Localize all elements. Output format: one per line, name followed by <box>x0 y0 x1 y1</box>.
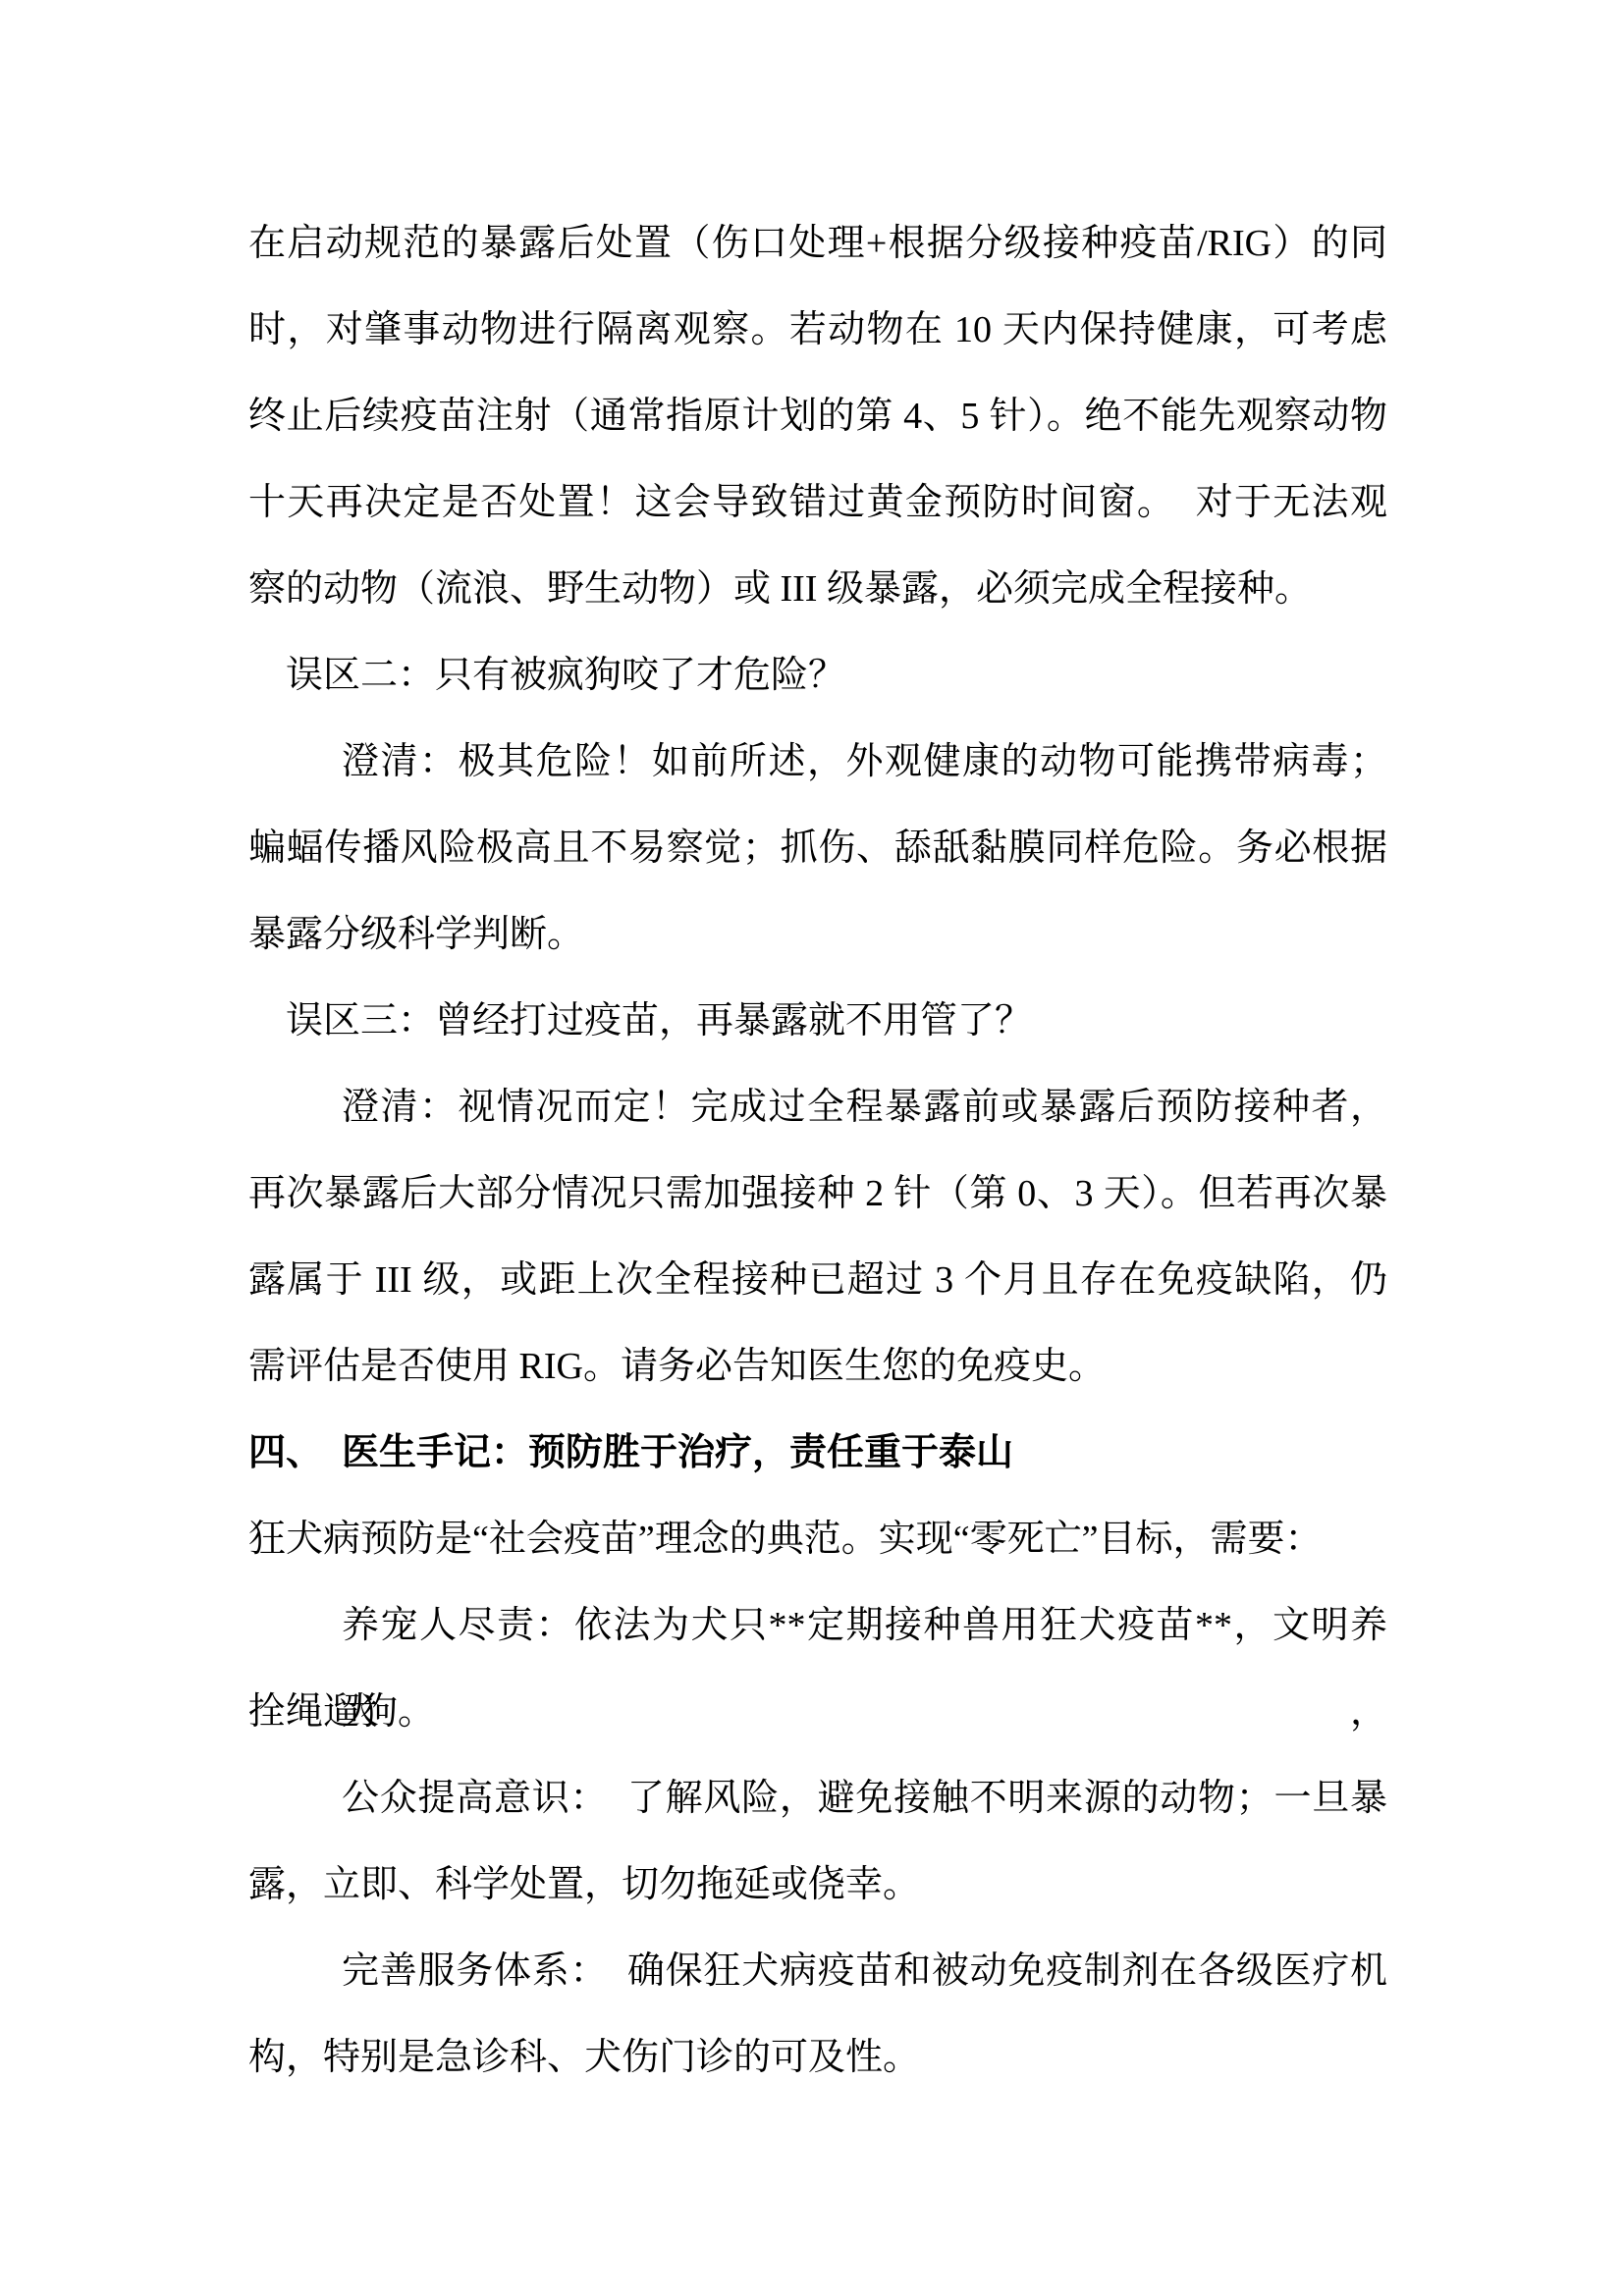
text-line: 露属于 III 级，或距上次全程接种已超过 3 个月且存在免疫缺陷，仍 <box>248 1237 1387 1323</box>
text-line: 误区二：只有被疯狗咬了才危险？ <box>248 632 1387 719</box>
paragraph-social-vaccine: 狂犬病预防是“社会疫苗”理念的典范。实现“零死亡”目标，需要： <box>248 1496 1387 1582</box>
text-line: 蝙蝠传播风险极高且不易察觉；抓伤、舔舐黏膜同样危险。务必根据 <box>248 805 1387 891</box>
text-line: 完善服务体系： 确保狂犬病疫苗和被动免疫制剂在各级医疗机 <box>248 1928 1387 2014</box>
text-line: 澄清：极其危险！如前所述，外观健康的动物可能携带病毒； <box>248 719 1387 805</box>
paragraph-myth3-answer: 澄清：视情况而定！完成过全程暴露前或暴露后预防接种者，再次暴露后大部分情况只需加… <box>248 1064 1387 1410</box>
text-line: 澄清：视情况而定！完成过全程暴露前或暴露后预防接种者， <box>248 1064 1387 1150</box>
text-line: 再次暴露后大部分情况只需加强接种 2 针（第 0、3 天）。但若再次暴 <box>248 1150 1387 1237</box>
text-line: 在启动规范的暴露后处置（伤口处理+根据分级接种疫苗/RIG）的同 <box>248 200 1387 287</box>
text-line: 终止后续疫苗注射（通常指原计划的第 4、5 针）。绝不能先观察动物 <box>248 373 1387 459</box>
paragraph-myth3-question: 误区三：曾经打过疫苗，再暴露就不用管了？ <box>248 978 1387 1064</box>
text-line: 十天再决定是否处置！这会导致错过黄金预防时间窗。 对于无法观 <box>248 459 1387 546</box>
text-line: 时，对肇事动物进行隔离观察。若动物在 10 天内保持健康，可考虑 <box>248 287 1387 373</box>
text-line: 察的动物（流浪、野生动物）或 III 级暴露，必须完成全程接种。 <box>248 546 1387 632</box>
section-heading-doctor-notes: 四、 医生手记：预防胜于治疗，责任重于泰山 <box>248 1410 1387 1496</box>
paragraph-observation-protocol: 在启动规范的暴露后处置（伤口处理+根据分级接种疫苗/RIG）的同时，对肇事动物进… <box>248 200 1387 632</box>
text-line: 需评估是否使用 RIG。请务必告知医生您的免疫史。 <box>248 1323 1387 1410</box>
text-line: 暴露分级科学判断。 <box>248 891 1387 978</box>
text-line: 误区三：曾经打过疫苗，再暴露就不用管了？ <box>248 978 1387 1064</box>
paragraph-service-system: 完善服务体系： 确保狂犬病疫苗和被动免疫制剂在各级医疗机构，特别是急诊科、犬伤门… <box>248 1928 1387 2101</box>
document-body: 在启动规范的暴露后处置（伤口处理+根据分级接种疫苗/RIG）的同时，对肇事动物进… <box>248 200 1387 2101</box>
paragraph-myth2-answer: 澄清：极其危险！如前所述，外观健康的动物可能携带病毒；蝙蝠传播风险极高且不易察觉… <box>248 719 1387 978</box>
text-line: 养宠人尽责：依法为犬只**定期接种兽用狂犬疫苗**，文明养犬， <box>248 1582 1387 1669</box>
text-line: 四、 医生手记：预防胜于治疗，责任重于泰山 <box>248 1410 1387 1496</box>
text-line: 公众提高意识： 了解风险，避免接触不明来源的动物；一旦暴 <box>248 1755 1387 1842</box>
text-line: 露，立即、科学处置，切勿拖延或侥幸。 <box>248 1842 1387 1928</box>
text-line: 狂犬病预防是“社会疫苗”理念的典范。实现“零死亡”目标，需要： <box>248 1496 1387 1582</box>
paragraph-pet-owner-duty: 养宠人尽责：依法为犬只**定期接种兽用狂犬疫苗**，文明养犬，拴绳遛狗。 <box>248 1582 1387 1755</box>
text-line: 构，特别是急诊科、犬伤门诊的可及性。 <box>248 2014 1387 2101</box>
paragraph-public-awareness: 公众提高意识： 了解风险，避免接触不明来源的动物；一旦暴露，立即、科学处置，切勿… <box>248 1755 1387 1928</box>
document-page: 在启动规范的暴露后处置（伤口处理+根据分级接种疫苗/RIG）的同时，对肇事动物进… <box>0 0 1624 2296</box>
paragraph-myth2-question: 误区二：只有被疯狗咬了才危险？ <box>248 632 1387 719</box>
